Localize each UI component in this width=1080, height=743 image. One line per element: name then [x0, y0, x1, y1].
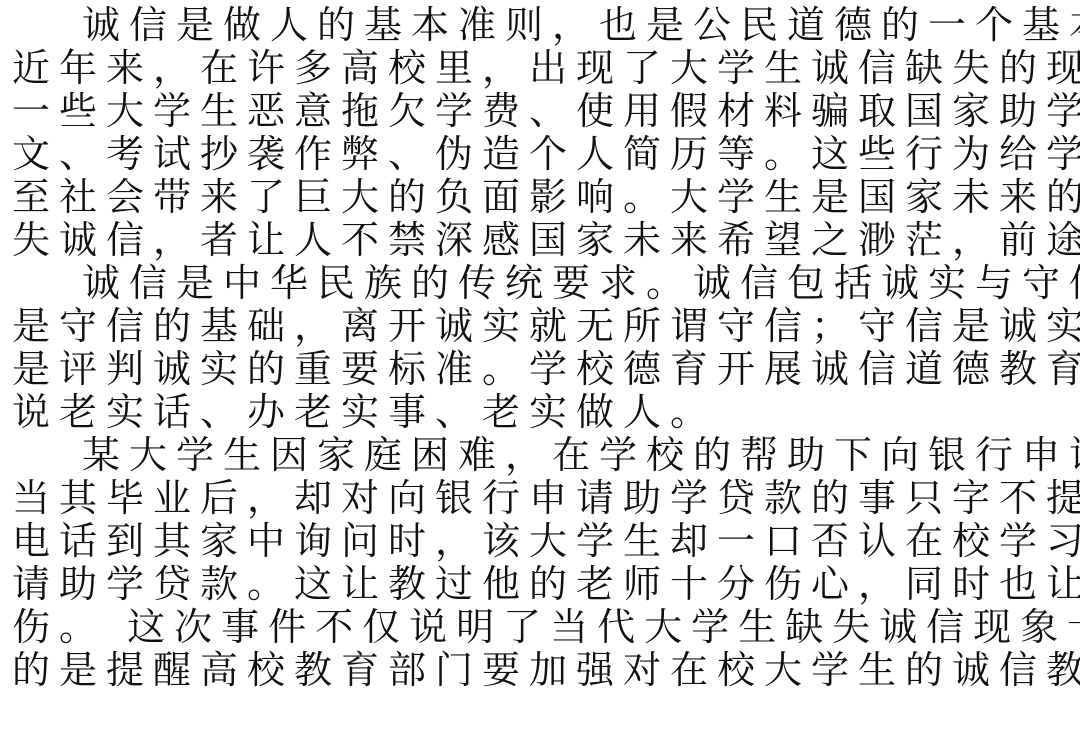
text-line: 某大学生因家庭困难，在学校的帮助下向银行申请了助学贷款，	[12, 434, 1070, 477]
text-line: 说老实话、办老实事、老实做人。	[12, 391, 1070, 434]
text-line: 电话到其家中询问时，该大学生却一口否认在校学习期间曾向银行申	[12, 520, 1070, 563]
text-line: 是评判诚实的重要标准。学校德育开展诚信道德教育，旨在培养学生	[12, 348, 1070, 391]
paragraph-1: 诚信是做人的基本准则，也是公民道德的一个基本规定。但是， 近年来，在许多高校里，…	[12, 4, 1070, 262]
text-line: 至社会带来了巨大的负面影响。大学生是国家未来的主力军却如此缺	[12, 176, 1070, 219]
text-line: 一些大学生恶意拖欠学费、使用假材料骗取国家助学金、剽窃抄袭论	[12, 90, 1070, 133]
text-line: 近年来，在许多高校里，出现了大学生诚信缺失的现象而且较为普遍。	[12, 47, 1070, 90]
text-line: 的是提醒高校教育部门要加强对在校大学生的诚信教育。	[12, 649, 1070, 692]
text-line: 文、考试抄袭作弊、伪造个人简历等。这些行为给学生个人、学校乃	[12, 133, 1070, 176]
text-line: 诚信是做人的基本准则，也是公民道德的一个基本规定。但是，	[12, 4, 1070, 47]
text-line: 请助学贷款。这让教过他的老师十分伤心，同时也让学校财政特别受	[12, 563, 1070, 606]
document-page: 诚信是做人的基本准则，也是公民道德的一个基本规定。但是， 近年来，在许多高校里，…	[0, 0, 1080, 743]
text-line: 诚信是中华民族的传统要求。诚信包括诚实与守信两方面。诚实	[12, 262, 1070, 305]
text-line: 失诚信，者让人不禁深感国家未来希望之渺茫，前途之没落。	[12, 219, 1070, 262]
text-line: 伤。 这次事件不仅说明了当代大学生缺失诚信现象十分普遍，更多	[12, 606, 1070, 649]
text-line-content: 某大学生因家庭困难，在学校的帮助下向银行申请了助学贷款，	[82, 433, 1080, 477]
paragraph-2: 诚信是中华民族的传统要求。诚信包括诚实与守信两方面。诚实 是守信的基础，离开诚实…	[12, 262, 1070, 434]
text-line: 是守信的基础，离开诚实就无所谓守信；守信是诚实的外在表现，也	[12, 305, 1070, 348]
text-line-content: 诚信是中华民族的传统要求。诚信包括诚实与守信两方面。诚实	[82, 261, 1080, 305]
text-line: 当其毕业后，却对向银行申请助学贷款的事只字不提，当学校教师打	[12, 477, 1070, 520]
paragraph-3: 某大学生因家庭困难，在学校的帮助下向银行申请了助学贷款， 当其毕业后，却对向银行…	[12, 434, 1070, 692]
text-line-content: 诚信是做人的基本准则，也是公民道德的一个基本规定。但是，	[82, 3, 1080, 47]
